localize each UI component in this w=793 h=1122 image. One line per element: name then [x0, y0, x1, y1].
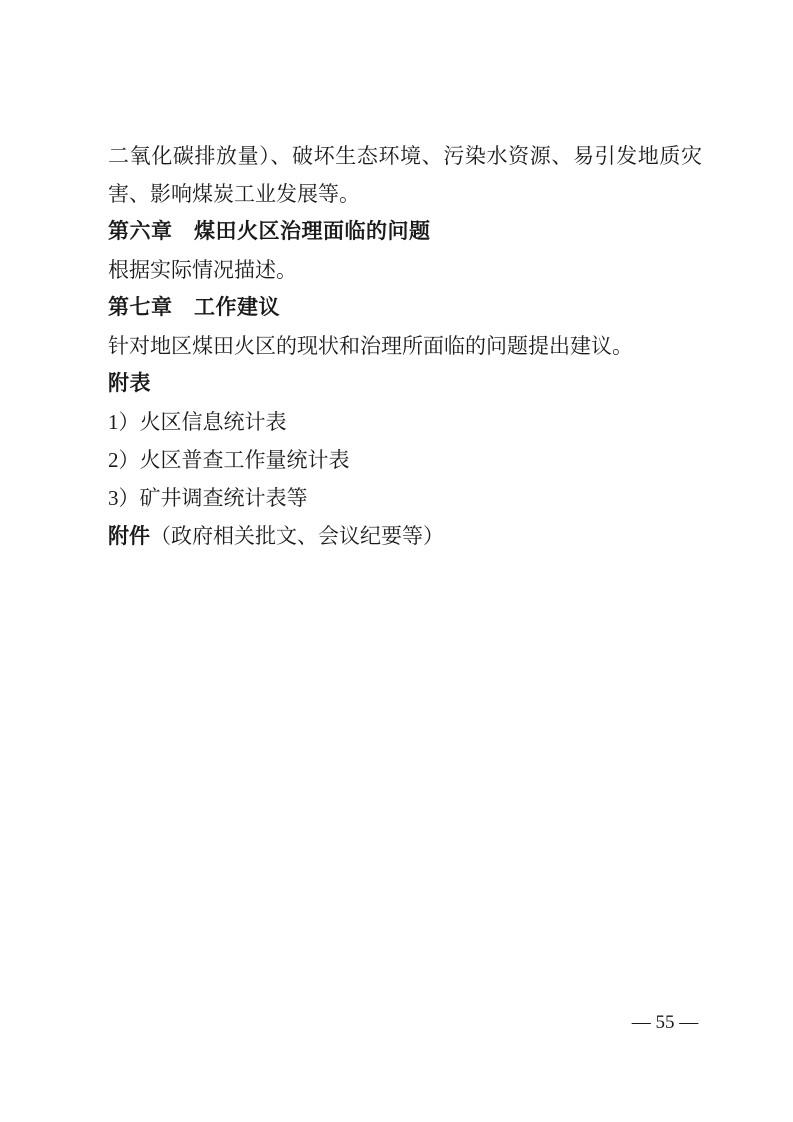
document-body: 二氧化碳排放量）、破坏生态环境、污染水资源、易引发地质灾害、影响煤炭工业发展等。…: [108, 137, 702, 556]
appendix-table-item-2: 2）火区普查工作量统计表: [108, 441, 702, 479]
page-number: — 55 —: [600, 1008, 730, 1038]
chapter7-heading: 第七章 工作建议: [108, 289, 702, 327]
appendix-table-item-1: 1）火区信息统计表: [108, 403, 702, 441]
chapter7-body: 针对地区煤田火区的现状和治理所面临的问题提出建议。: [108, 327, 702, 365]
appendix-tables-heading: 附表: [108, 365, 702, 403]
attachments-detail: （政府相关批文、会议纪要等）: [150, 524, 444, 548]
chapter6-heading: 第六章 煤田火区治理面临的问题: [108, 213, 702, 251]
appendix-table-item-3: 3）矿井调查统计表等: [108, 479, 702, 517]
attachments-line: 附件（政府相关批文、会议纪要等）: [108, 517, 702, 556]
chapter6-body: 根据实际情况描述。: [108, 251, 702, 289]
document-page: 二氧化碳排放量）、破坏生态环境、污染水资源、易引发地质灾害、影响煤炭工业发展等。…: [0, 0, 793, 1122]
paragraph-continuation: 二氧化碳排放量）、破坏生态环境、污染水资源、易引发地质灾害、影响煤炭工业发展等。: [108, 137, 702, 213]
attachments-label: 附件: [108, 525, 150, 548]
